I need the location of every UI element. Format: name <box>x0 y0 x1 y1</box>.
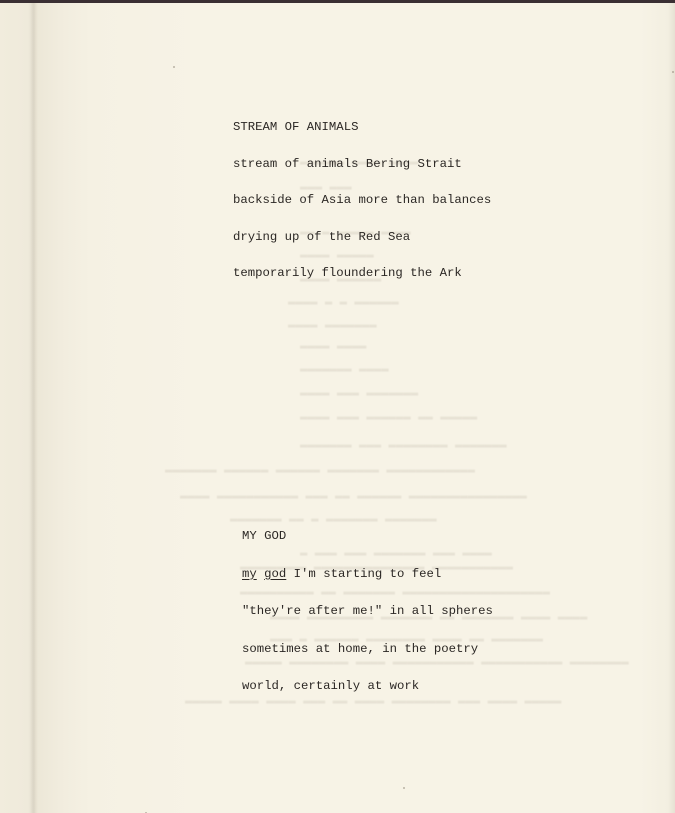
poem-line: backside of Asia more than balances <box>233 194 491 206</box>
paper-speck <box>173 66 175 68</box>
spine-shadow <box>30 3 38 813</box>
poem-line: drying up of the Red Sea <box>233 231 491 243</box>
poem-my-god: MY GOD my god I'm starting to feel "they… <box>242 530 493 718</box>
poem-title: STREAM OF ANIMALS <box>233 121 491 133</box>
paper-speck <box>403 787 405 789</box>
bleed-through-line: ▬▬▬▬▬▬▬ ▬▬▬▬▬▬▬▬ ▬▬▬ ▬▬▬▬▬▬▬ <box>300 438 507 452</box>
underlined-word: god <box>264 567 286 581</box>
poem-first-line: my god I'm starting to feel <box>242 568 493 580</box>
bleed-through-line: ▬▬▬▬▬▬▬ ▬▬▬▬ <box>288 318 377 332</box>
poem-line: sometimes at home, in the poetry <box>242 643 493 655</box>
bleed-through-line: ▬▬▬▬ ▬▬▬▬ <box>300 339 366 353</box>
poem-line: stream of animals Bering Strait <box>233 158 491 170</box>
line-remainder: I'm starting to feel <box>286 567 441 581</box>
bleed-through-line: ▬▬▬▬▬▬▬ ▬▬▬ ▬▬▬▬ <box>300 386 418 400</box>
poem-stream-of-animals: STREAM OF ANIMALS stream of animals Beri… <box>233 121 491 304</box>
bleed-through-line: ▬▬▬▬ ▬▬▬▬▬▬▬ <box>300 362 389 376</box>
bleed-through-line: ▬▬▬▬▬▬▬ ▬▬▬▬▬▬▬ ▬ ▬▬ ▬▬▬▬▬▬▬ <box>230 512 437 526</box>
bleed-through-line: ▬▬▬▬▬▬▬▬▬▬▬▬▬▬▬▬ ▬▬▬▬▬▬ ▬▬ ▬▬▬ ▬▬▬▬▬▬▬▬▬… <box>180 489 527 503</box>
underlined-word: my <box>242 567 257 581</box>
poem-line: world, certainly at work <box>242 680 493 692</box>
paper-speck <box>672 71 674 73</box>
poem-title: MY GOD <box>242 530 493 542</box>
bleed-through-line: ▬▬▬▬▬ ▬▬ ▬▬▬▬▬▬ ▬▬▬ ▬▬▬▬ <box>300 410 477 424</box>
poem-line: "they're after me!" in all spheres <box>242 605 493 617</box>
poem-line: temporarily floundering the Ark <box>233 267 491 279</box>
bleed-through-line: ▬▬▬▬▬▬▬▬▬▬▬▬ ▬▬▬▬▬▬▬ ▬▬▬▬▬▬ ▬▬▬▬▬▬ ▬▬▬▬▬… <box>165 463 475 477</box>
